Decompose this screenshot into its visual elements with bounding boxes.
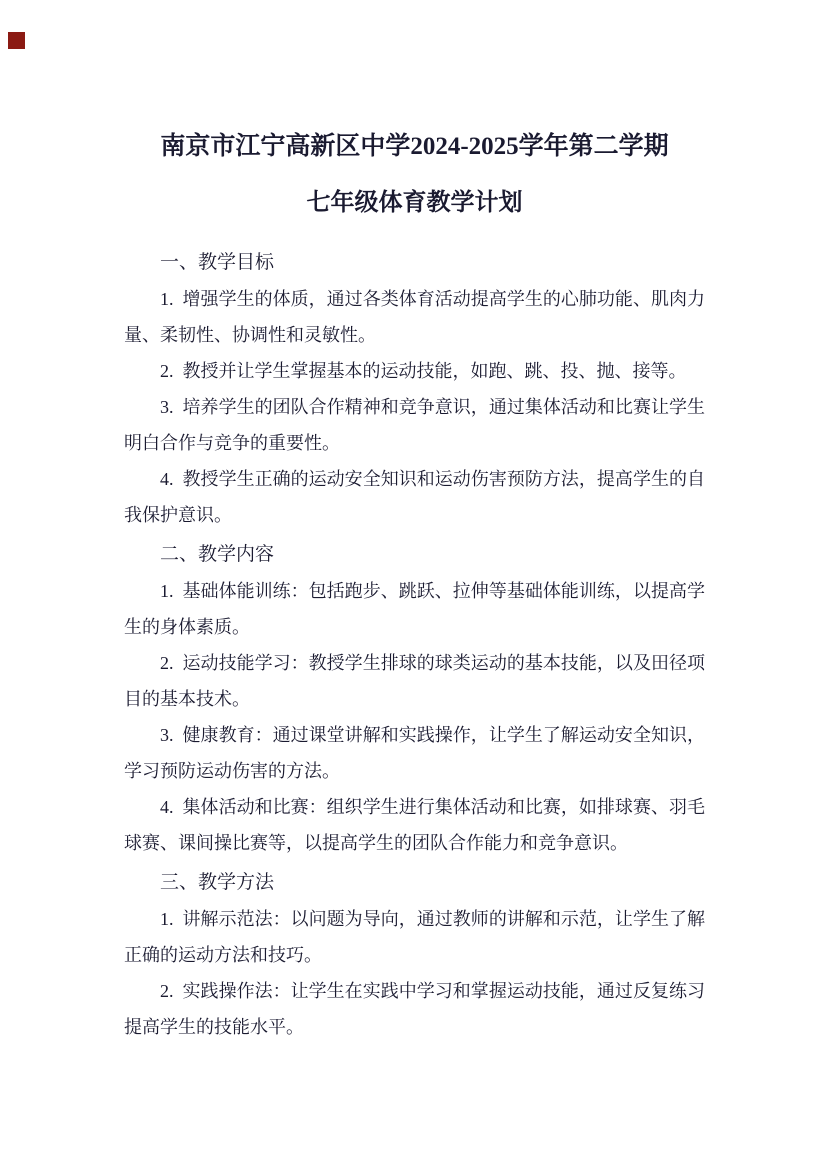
paragraph: 1. 增强学生的体质，通过各类体育活动提高学生的心肺功能、肌肉力量、柔韧性、协调…: [124, 281, 705, 353]
paragraph: 2. 运动技能学习：教授学生排球的球类运动的基本技能，以及田径项目的基本技术。: [124, 645, 705, 717]
section-heading: 二、教学内容: [124, 537, 705, 573]
paragraph: 2. 实践操作法：让学生在实践中学习和掌握运动技能，通过反复练习提高学生的技能水…: [124, 973, 705, 1045]
section-heading: 三、教学方法: [124, 865, 705, 901]
paragraph: 1. 基础体能训练：包括跑步、跳跃、拉伸等基础体能训练，以提高学生的身体素质。: [124, 573, 705, 645]
page-corner-marker: [8, 32, 25, 49]
document-content: 南京市江宁高新区中学2024-2025学年第二学期 七年级体育教学计划 一、教学…: [124, 128, 705, 1045]
document-page: 南京市江宁高新区中学2024-2025学年第二学期 七年级体育教学计划 一、教学…: [0, 0, 827, 1170]
paragraph: 3. 健康教育：通过课堂讲解和实践操作，让学生了解运动安全知识，学习预防运动伤害…: [124, 717, 705, 789]
paragraph: 3. 培养学生的团队合作精神和竞争意识，通过集体活动和比赛让学生明白合作与竞争的…: [124, 389, 705, 461]
paragraph: 1. 讲解示范法：以问题为导向，通过教师的讲解和示范，让学生了解正确的运动方法和…: [124, 901, 705, 973]
document-subtitle: 七年级体育教学计划: [124, 186, 705, 220]
paragraph: 4. 集体活动和比赛：组织学生进行集体活动和比赛，如排球赛、羽毛球赛、课间操比赛…: [124, 789, 705, 861]
section-teaching-goals: 一、教学目标 1. 增强学生的体质，通过各类体育活动提高学生的心肺功能、肌肉力量…: [124, 245, 705, 533]
section-teaching-methods: 三、教学方法 1. 讲解示范法：以问题为导向，通过教师的讲解和示范，让学生了解正…: [124, 865, 705, 1045]
section-heading: 一、教学目标: [124, 245, 705, 281]
paragraph: 2. 教授并让学生掌握基本的运动技能，如跑、跳、投、抛、接等。: [124, 353, 705, 389]
section-teaching-content: 二、教学内容 1. 基础体能训练：包括跑步、跳跃、拉伸等基础体能训练，以提高学生…: [124, 537, 705, 861]
paragraph: 4. 教授学生正确的运动安全知识和运动伤害预防方法，提高学生的自我保护意识。: [124, 461, 705, 533]
document-title: 南京市江宁高新区中学2024-2025学年第二学期: [124, 128, 705, 166]
